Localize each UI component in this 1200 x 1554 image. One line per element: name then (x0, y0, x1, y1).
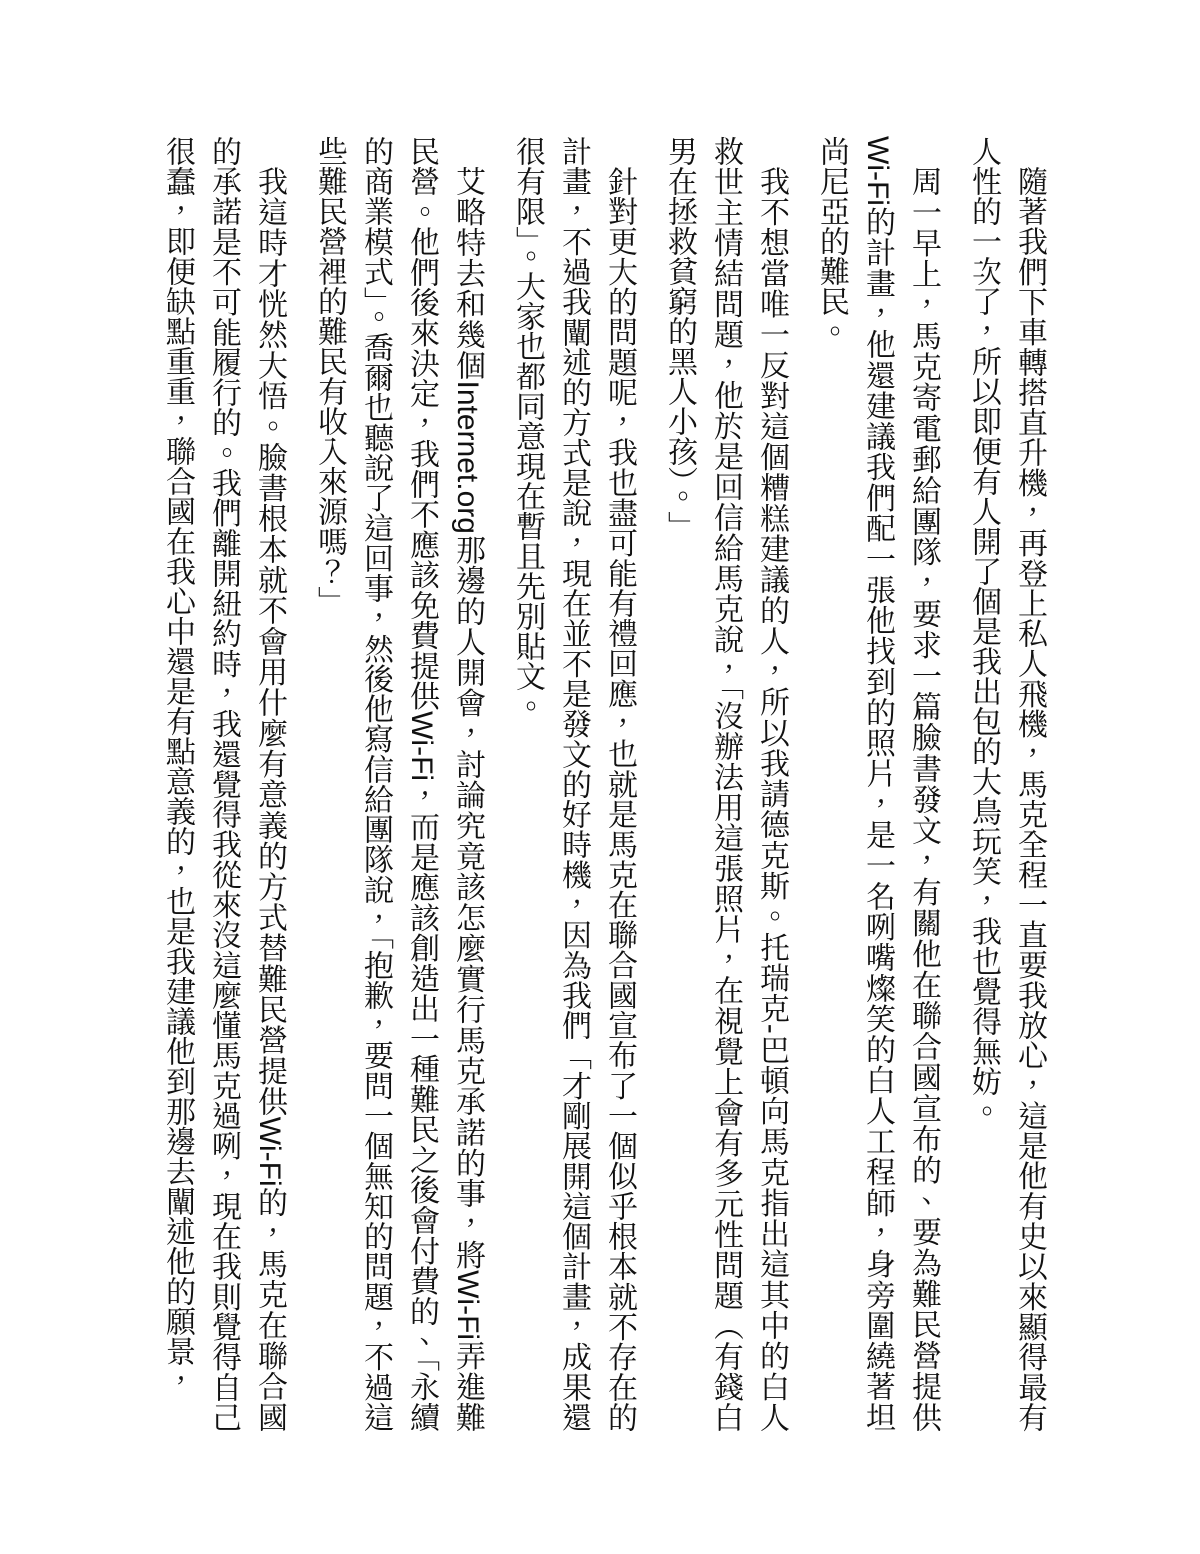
paragraph: 艾略特去和幾個Internet.org那邊的人開會，討論究竟該怎麼實行馬克承諾的… (306, 136, 490, 1432)
paragraph: 我這時才恍然大悟。臉書根本就不會用什麼有意義的方式替難民營提供Wi-Fi的，馬克… (154, 136, 292, 1432)
book-page: 隨著我們下車轉搭直升機，再登上私人飛機，馬克全程一直要我放心，這是他有史以來顯得… (140, 136, 1052, 1432)
paragraph: 我不想當唯一反對這個糟糕建議的人，所以我請德克斯。托瑞克-巴頓向馬克指出這其中的… (656, 136, 794, 1432)
paragraph: 周一早上，馬克寄電郵給團隊，要求一篇臉書發文，有關他在聯合國宣布的、要為難民營提… (808, 136, 946, 1432)
paragraph: 隨著我們下車轉搭直升機，再登上私人飛機，馬克全程一直要我放心，這是他有史以來顯得… (960, 136, 1052, 1432)
page-text-block: 隨著我們下車轉搭直升機，再登上私人飛機，馬克全程一直要我放心，這是他有史以來顯得… (140, 136, 1052, 1432)
paragraph: 針對更大的問題呢，我也盡可能有禮回應，也就是馬克在聯合國宣布了一個似乎根本就不存… (504, 136, 642, 1432)
